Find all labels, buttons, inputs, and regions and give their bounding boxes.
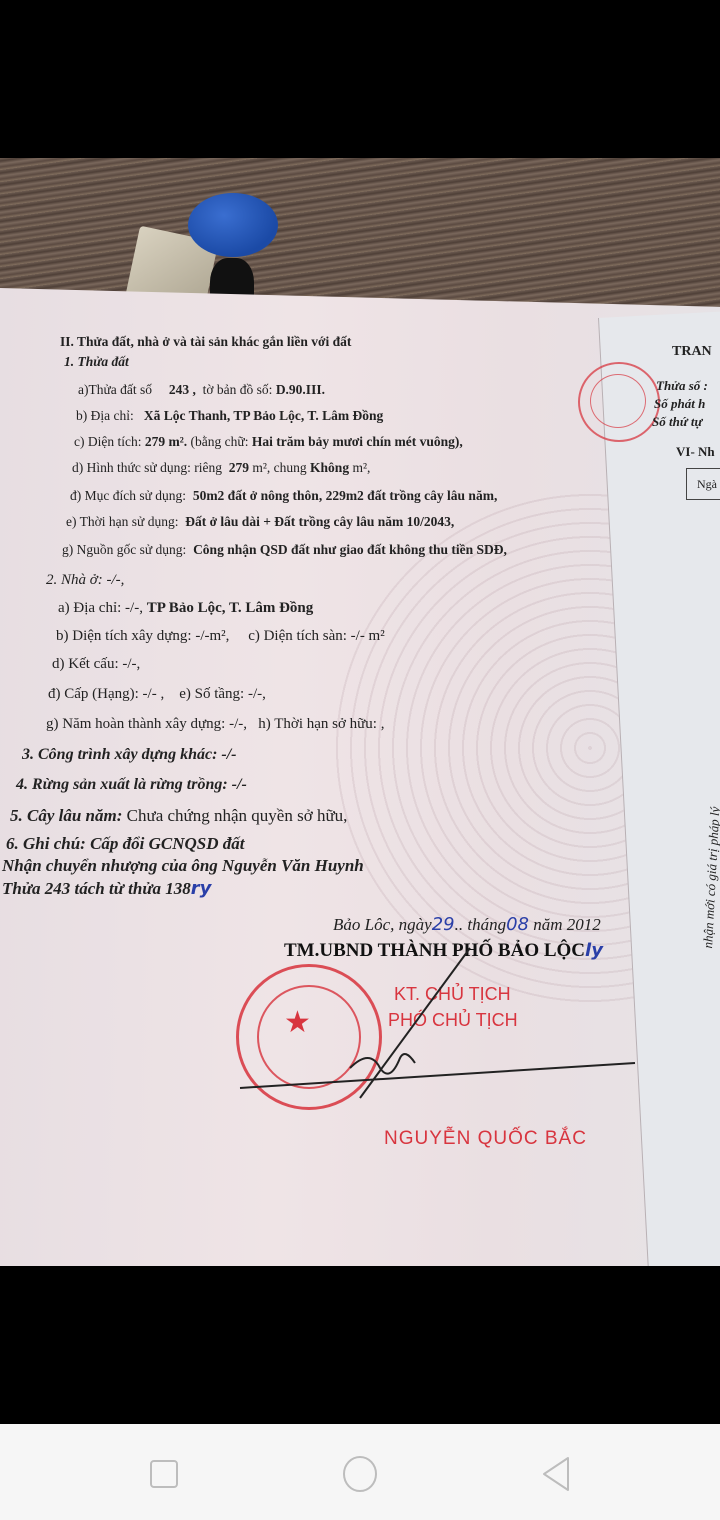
square-icon	[149, 1459, 179, 1489]
label: a) Địa chỉ: -/-,	[58, 600, 143, 616]
parcel-area-words: Hai trăm bảy mươi chín mét vuông),	[252, 434, 463, 449]
registration-stamp	[578, 362, 660, 442]
section-title: II. Thửa đất, nhà ở và tài sản khác gắn …	[60, 334, 351, 350]
other-works: 3. Công trình xây dựng khác: -/-	[22, 746, 237, 764]
label: tờ bản đồ số:	[203, 382, 273, 397]
keys-image	[120, 188, 290, 308]
status-area	[0, 0, 720, 158]
build-area: b) Diện tích xây dựng: -/-m²,	[56, 628, 229, 644]
home-button[interactable]	[340, 1454, 380, 1494]
usage-term: Đất ở lâu dài + Đất trồng cây lâu năm 10…	[185, 514, 454, 529]
triangle-back-icon	[538, 1454, 574, 1494]
perennial-status: Chưa chứng nhận quyền sở hữu,	[127, 806, 348, 825]
handwritten-initial: ry	[191, 878, 212, 899]
house-area-row: b) Diện tích xây dựng: -/-m², c) Diện tí…	[56, 628, 385, 645]
stamp-inner-ring	[590, 374, 646, 428]
map-sheet: D.90.III.	[276, 382, 325, 397]
label: 5. Cây lâu năm:	[10, 806, 122, 825]
usage-purpose-row: đ) Mục đích sử dụng: 50m2 đất ở nông thô…	[70, 488, 497, 504]
planted-forest: 4. Rừng sản xuất là rừng trồng: -/-	[16, 776, 247, 794]
label: m²,	[352, 460, 370, 475]
house-address-row: a) Địa chỉ: -/-, TP Bảo Lộc, T. Lâm Đồng	[58, 600, 313, 617]
house-floors: e) Số tầng: -/-,	[179, 686, 266, 702]
shared-area: Không	[310, 460, 349, 475]
parcel-heading: 1. Thửa đất	[64, 354, 129, 370]
usage-origin-row: g) Nguồn gốc sử dụng: Công nhận QSD đất …	[62, 542, 507, 558]
wooden-table-background	[0, 158, 720, 308]
label: a)Thửa đất số	[78, 382, 152, 397]
back-button[interactable]	[536, 1454, 576, 1494]
letterbox-bottom	[0, 1266, 720, 1424]
parcel-area: 279 m².	[145, 434, 187, 449]
house-address: TP Bảo Lộc, T. Lâm Đồng	[147, 600, 314, 616]
usage-origin: Công nhận QSD đất như giao đất không thu…	[193, 542, 507, 557]
parcel-address: Xã Lộc Thanh, TP Bảo Lộc, T. Lâm Đồng	[144, 408, 383, 423]
usage-form-row: d) Hình thức sử dụng: riêng 279 m², chun…	[72, 460, 370, 476]
house-ownership-term: h) Thời hạn sở hữu: ,	[258, 716, 384, 732]
label: c) Diện tích:	[74, 434, 141, 449]
note-text: Thửa 243 tách từ thửa 138	[2, 879, 191, 898]
house-completion-year: g) Năm hoàn thành xây dựng: -/-,	[46, 716, 247, 732]
label: g) Nguồn gốc sử dụng:	[62, 542, 186, 557]
label: (bằng chữ:	[191, 434, 249, 449]
signer-name: NGUYỄN QUỐC BẮC	[384, 1128, 587, 1150]
parcel-number: 243 ,	[169, 382, 196, 397]
right-page-line-2: Số phát h	[654, 396, 705, 412]
private-area: 279	[229, 460, 249, 475]
signature-icon	[230, 918, 650, 1118]
usage-term-row: e) Thời hạn sử dụng: Đất ở lâu dài + Đất…	[66, 514, 454, 530]
parcel-area-row: c) Diện tích: 279 m². (bằng chữ: Hai tră…	[74, 434, 463, 450]
parcel-address-row: b) Địa chỉ: Xã Lộc Thanh, TP Bảo Lộc, T.…	[76, 408, 383, 424]
table-header: Ngà	[697, 477, 717, 492]
note-line-2: Nhận chuyển nhượng của ông Nguyễn Văn Hu…	[2, 856, 364, 876]
house-structure: d) Kết cấu: -/-,	[52, 656, 140, 673]
right-page-table: Ngà	[686, 468, 720, 500]
note-line-1: 6. Ghi chú: Cấp đổi GCNQSD đất	[6, 834, 245, 854]
label: b) Địa chỉ:	[76, 408, 134, 423]
android-navigation-bar	[0, 1424, 720, 1520]
right-page-section: VI- Nh	[676, 444, 715, 460]
house-heading: 2. Nhà ở: -/-,	[46, 572, 124, 589]
note-line-3: Thửa 243 tách từ thửa 138ry	[2, 878, 211, 899]
label: đ) Mục đích sử dụng:	[70, 488, 186, 503]
right-page-line-3: Số thứ tự	[652, 414, 702, 430]
recents-button[interactable]	[144, 1454, 184, 1494]
parcel-number-row: a)Thửa đất số 243 , tờ bản đồ số: D.90.I…	[78, 382, 325, 398]
floor-area: c) Diện tích sàn: -/- m²	[248, 628, 385, 644]
key-fob-blue	[188, 193, 278, 257]
photo-viewer[interactable]: II. Thửa đất, nhà ở và tài sản khác gắn …	[0, 158, 720, 1266]
label: d) Hình thức sử dụng: riêng	[72, 460, 222, 475]
label: e) Thời hạn sử dụng:	[66, 514, 178, 529]
perennial-row: 5. Cây lâu năm: Chưa chứng nhận quyền sở…	[10, 806, 347, 826]
usage-purpose: 50m2 đất ở nông thôn, 229m2 đất trồng câ…	[193, 488, 498, 503]
circle-icon	[341, 1455, 379, 1493]
right-page-line-1: Thửa số :	[656, 378, 708, 394]
right-page-header: TRAN	[672, 344, 712, 360]
house-grade-row: đ) Cấp (Hạng): -/- , e) Số tầng: -/-,	[48, 686, 266, 703]
house-grade: đ) Cấp (Hạng): -/- ,	[48, 686, 164, 702]
house-year-row: g) Năm hoàn thành xây dựng: -/-, h) Thời…	[46, 716, 384, 733]
label: m², chung	[252, 460, 306, 475]
